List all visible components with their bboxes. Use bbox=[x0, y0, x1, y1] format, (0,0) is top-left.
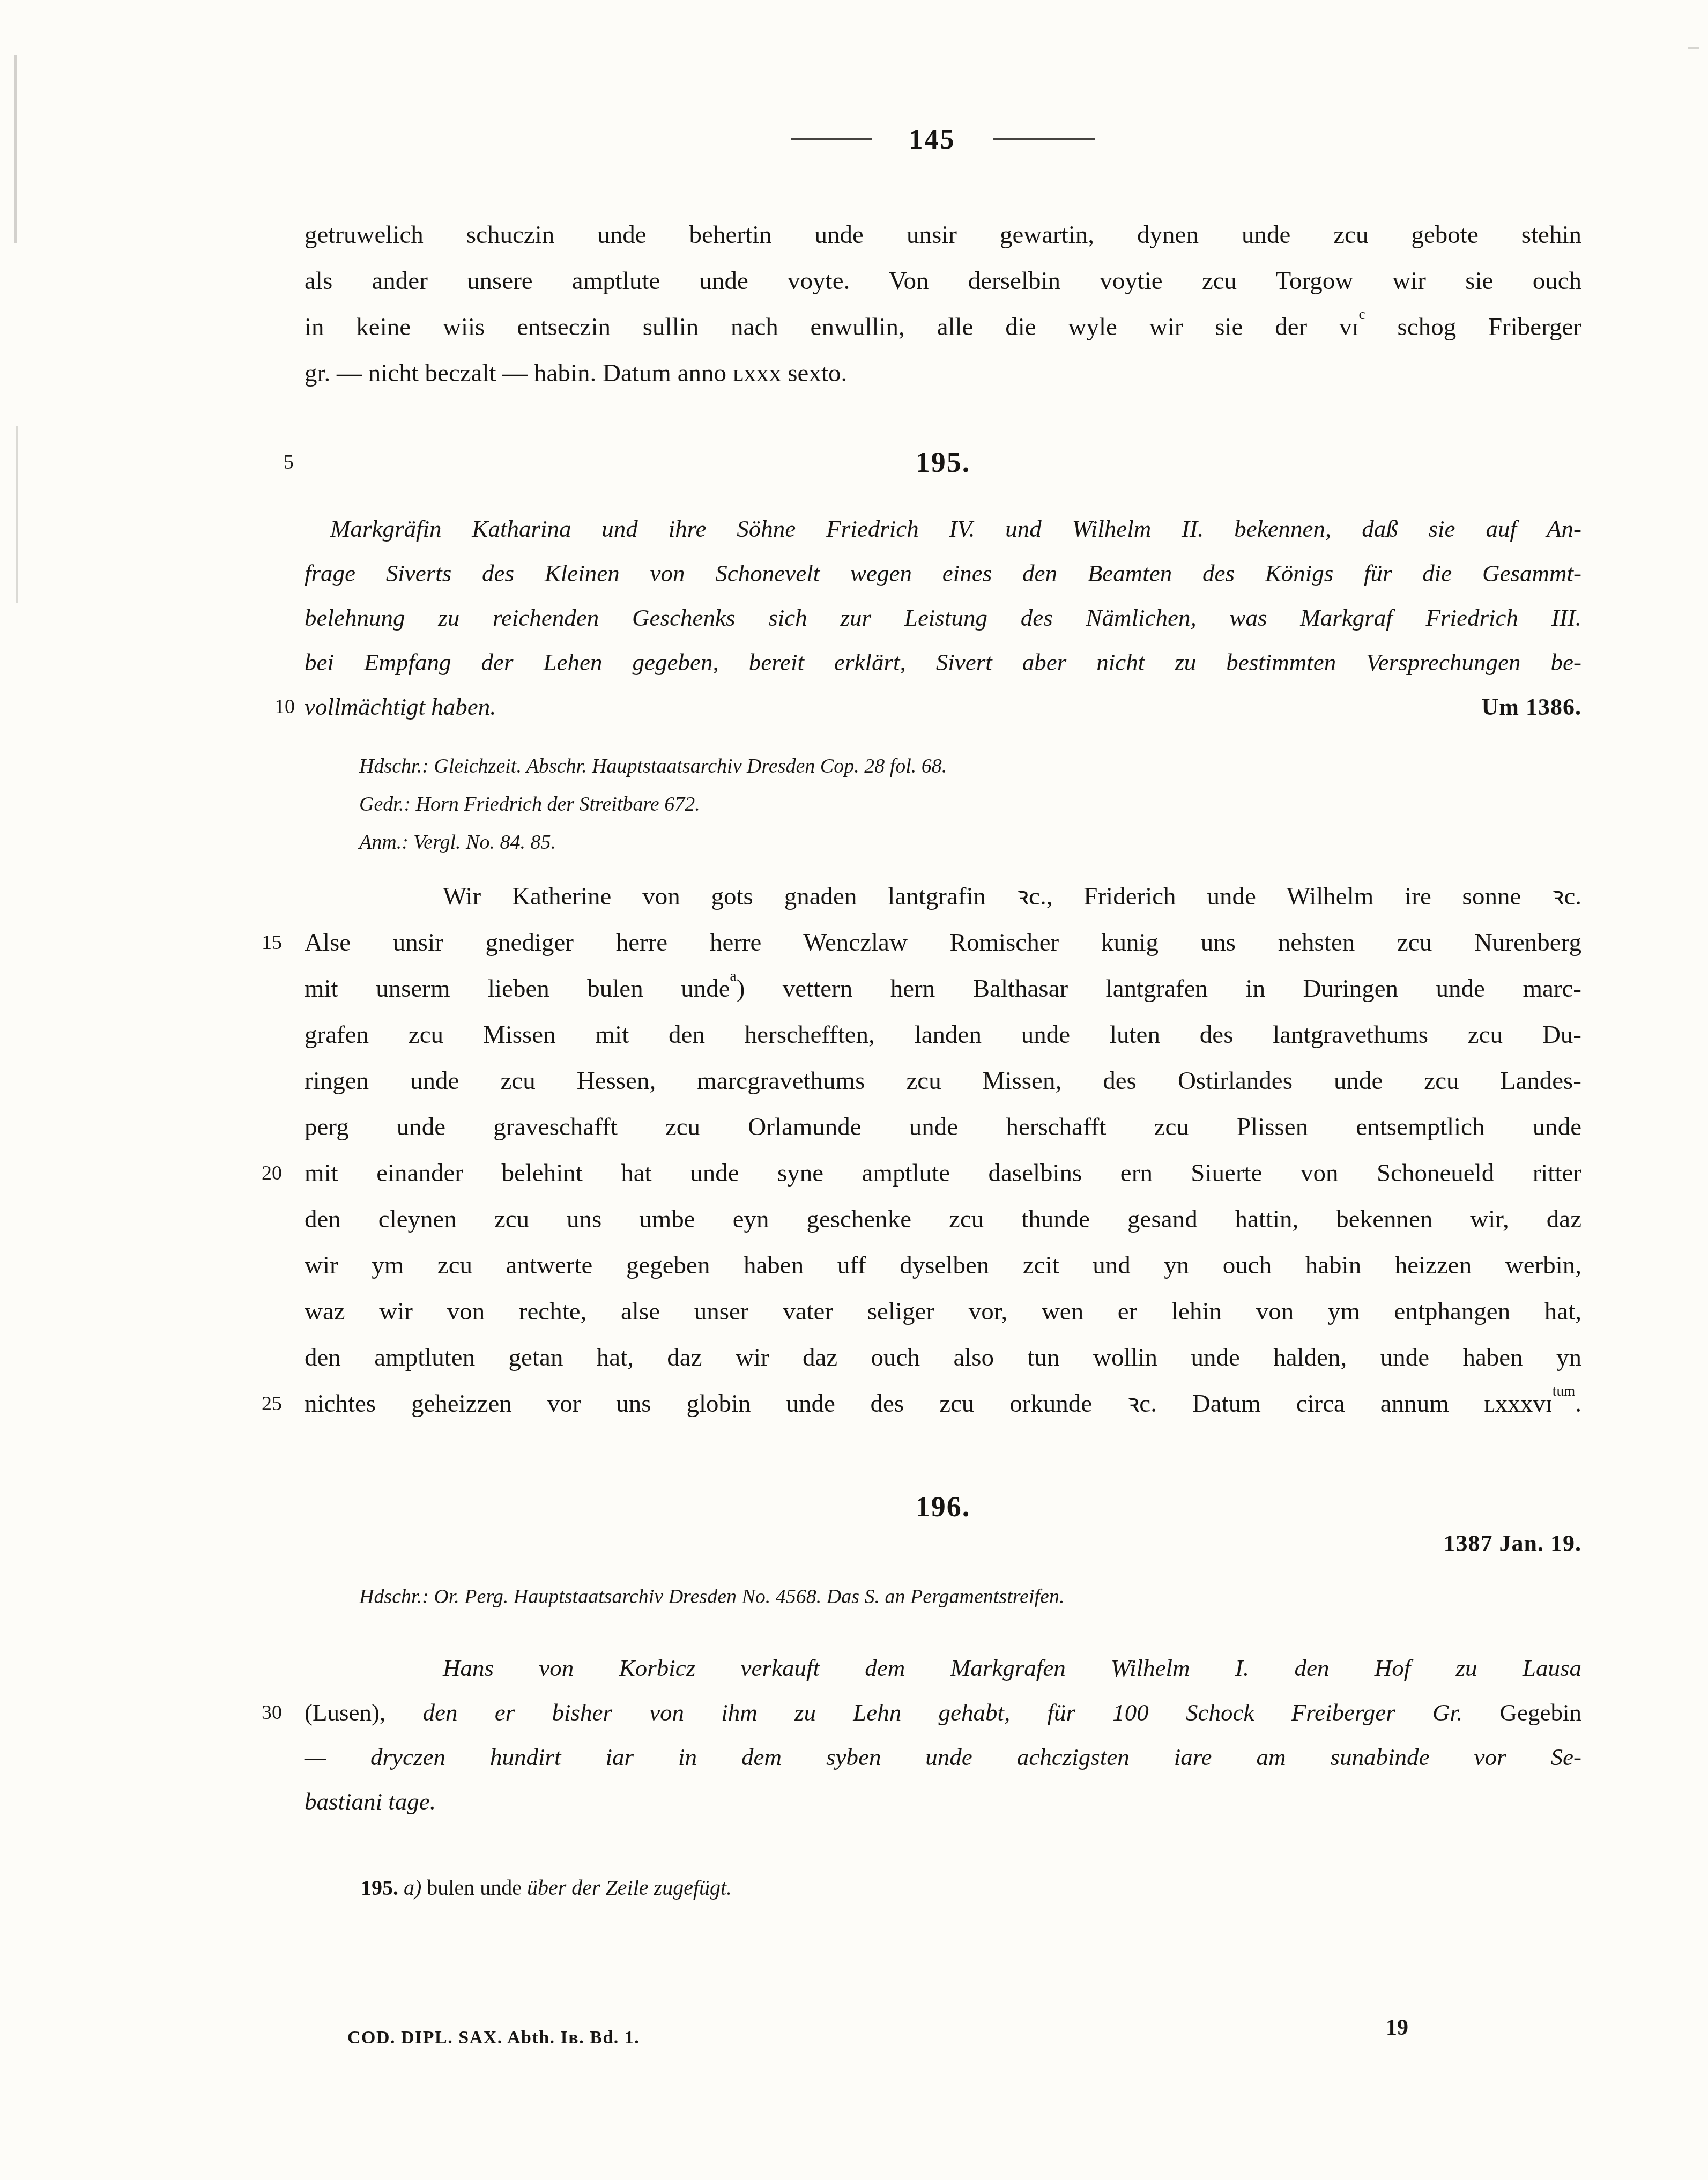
entry-196-note-hdschr: Hdschr.: Or. Perg. Hauptstaatsarchiv Dre… bbox=[359, 1578, 1581, 1616]
entry-195-body-line-7-text: mit einander belehint hat unde syne ampt… bbox=[305, 1159, 1581, 1187]
entry-196-heading: 196. bbox=[305, 1490, 1581, 1523]
margin-line-number-15: 15 bbox=[262, 920, 295, 966]
scan-artifact-right-top bbox=[1688, 47, 1699, 49]
entry-196-regest-line-3: — dryczen hundirt iar in dem syben unde … bbox=[305, 1735, 1581, 1779]
entry-195-note-gedr: Gedr.: Horn Friedrich der Streitbare 672… bbox=[359, 785, 1581, 824]
intro-line-4: gr. — nicht beczalt — habin. Datum anno … bbox=[305, 350, 1581, 396]
entry-195-heading: 5 195. bbox=[305, 446, 1581, 479]
page-number: 145 bbox=[909, 124, 956, 155]
entry-195-body-line-3-rest: ) vettern hern Balthasar lantgrafen in D… bbox=[737, 975, 1581, 1003]
entry-195-body-line-7: 20mit einander belehint hat unde syne am… bbox=[305, 1150, 1581, 1196]
entry-195-regest: Markgräfin Katharina und ihre Söhne Frie… bbox=[305, 507, 1581, 729]
footnote-entry-number: 195. bbox=[361, 1875, 398, 1900]
entry-195-body-line-3: mit unserm lieben bulen undea) vettern h… bbox=[305, 966, 1581, 1012]
footnote-marker-a: a bbox=[730, 968, 737, 984]
footnote-letter: a) bbox=[404, 1875, 421, 1900]
entry-196-regest-line-2-lusen: (Lusen), bbox=[305, 1699, 385, 1726]
entry-195-body-line-1: Wir Katherine von gots gnaden lantgrafin… bbox=[305, 873, 1581, 920]
entry-195-note-anm: Anm.: Vergl. No. 84. 85. bbox=[359, 824, 1581, 862]
entry-196-regest-line-1: Hans von Korbicz verkauft dem Markgrafen… bbox=[305, 1646, 1581, 1690]
margin-line-number-25: 25 bbox=[262, 1381, 295, 1427]
entry-195-note-hdschr: Hdschr.: Gleichzeit. Abschr. Hauptstaats… bbox=[359, 747, 1581, 785]
entry-195-regest-line-3: belehnung zu reichenden Geschenks sich z… bbox=[305, 596, 1581, 640]
entry-195-regest-line-5-text: vollmächtigt haben. bbox=[305, 685, 496, 729]
entry-196-date: 1387 Jan. 19. bbox=[305, 1528, 1581, 1560]
intro-line-2: als ander unsere amptlute unde voyte. Vo… bbox=[305, 258, 1581, 304]
superscript-tum: tum bbox=[1553, 1383, 1575, 1399]
entry-195-body-line-12-text: nichtes geheizzen vor uns globin unde de… bbox=[305, 1390, 1553, 1418]
intro-line-3-text: in keine wiis entseczin sullin nach enwu… bbox=[305, 313, 1359, 341]
text-block: 145 getruwelich schuczin unde behertin u… bbox=[305, 121, 1581, 1901]
entry-195-regest-line-5: 10 vollmächtigt haben. Um 1386. bbox=[305, 685, 1581, 729]
book-page: 145 getruwelich schuczin unde behertin u… bbox=[0, 0, 1708, 2180]
entry-195-body-line-12: 25nichtes geheizzen vor uns globin unde … bbox=[305, 1381, 1581, 1427]
entry-196-regest: Hans von Korbicz verkauft dem Markgrafen… bbox=[305, 1646, 1581, 1824]
superscript-c: c bbox=[1359, 306, 1365, 322]
margin-line-number-5: 5 bbox=[262, 446, 295, 479]
entry-195-body-line-9: wir ym zcu antwerte gegeben haben uff dy… bbox=[305, 1242, 1581, 1288]
header-rule-right bbox=[993, 138, 1095, 140]
entry-196-regest-line-2-italic: den er bisher von ihm zu Lehn gehabt, fü… bbox=[422, 1699, 1462, 1726]
entry-195-body-line-12-rest: . bbox=[1575, 1390, 1581, 1418]
entry-196-number: 196. bbox=[916, 1491, 971, 1523]
entry-196-regest-line-2-gegebin: Gegebin bbox=[1500, 1699, 1581, 1726]
footer-sheet-number: 19 bbox=[1386, 2015, 1408, 2041]
entry-195-body-line-2: 15Alse unsir gnediger herre herre Wenczl… bbox=[305, 920, 1581, 966]
entry-195-number: 195. bbox=[916, 446, 971, 478]
entry-195-body-line-3-text: mit unserm lieben bulen unde bbox=[305, 975, 730, 1003]
entry-195-source-notes: Hdschr.: Gleichzeit. Abschr. Hauptstaats… bbox=[359, 747, 1581, 862]
scan-artifact-left-mid bbox=[16, 426, 18, 603]
entry-195-body-line-11: den amptluten getan hat, daz wir daz ouc… bbox=[305, 1334, 1581, 1381]
entry-195-body: Wir Katherine von gots gnaden lantgrafin… bbox=[305, 873, 1581, 1427]
entry-195-body-line-6: perg unde graveschafft zcu Orlamunde und… bbox=[305, 1104, 1581, 1150]
entry-195-regest-line-2: frage Siverts des Kleinen von Schonevelt… bbox=[305, 551, 1581, 596]
entry-195-body-line-2-text: Alse unsir gnediger herre herre Wenczlaw… bbox=[305, 929, 1581, 956]
intro-line-3: in keine wiis entseczin sullin nach enwu… bbox=[305, 304, 1581, 350]
entry-196-source-notes: Hdschr.: Or. Perg. Hauptstaatsarchiv Dre… bbox=[359, 1578, 1581, 1616]
entry-196-regest-line-2: 30(Lusen), den er bisher von ihm zu Lehn… bbox=[305, 1690, 1581, 1735]
footnote-text-roman: bulen unde bbox=[427, 1875, 522, 1900]
entry-195-regest-line-1: Markgräfin Katharina und ihre Söhne Frie… bbox=[305, 507, 1581, 551]
entry-195-body-line-5: ringen unde zcu Hessen, marcgravethums z… bbox=[305, 1058, 1581, 1104]
entry-195-body-line-4: grafen zcu Missen mit den herschefften, … bbox=[305, 1012, 1581, 1058]
intro-line-3-rest: schog Friberger bbox=[1365, 313, 1581, 341]
intro-paragraph: getruwelich schuczin unde behertin unde … bbox=[305, 212, 1581, 396]
entry-195-date: Um 1386. bbox=[1482, 685, 1581, 729]
entry-195-regest-line-4: bei Empfang der Lehen gegeben, bereit er… bbox=[305, 640, 1581, 685]
scan-artifact-left-top bbox=[14, 55, 17, 243]
page-header: 145 bbox=[305, 121, 1581, 158]
apparatus-footnote: 195. a) bulen unde über der Zeile zugefü… bbox=[361, 1874, 1581, 1901]
margin-line-number-30: 30 bbox=[262, 1690, 295, 1735]
footnote-text-italic: über der Zeile zugefügt. bbox=[527, 1875, 732, 1900]
footer-series-title: COD. DIPL. SAX. Abth. Iʙ. Bd. 1. bbox=[347, 2028, 640, 2048]
entry-195-body-line-8: den cleynen zcu uns umbe eyn geschenke z… bbox=[305, 1196, 1581, 1242]
intro-line-1: getruwelich schuczin unde behertin unde … bbox=[305, 212, 1581, 258]
entry-195-body-line-10: waz wir von rechte, alse unser vater sel… bbox=[305, 1288, 1581, 1334]
entry-196-regest-line-4: bastiani tage. bbox=[305, 1779, 1581, 1824]
header-rule-left bbox=[791, 138, 872, 140]
margin-line-number-20: 20 bbox=[262, 1150, 295, 1196]
margin-line-number-10: 10 bbox=[262, 685, 295, 729]
